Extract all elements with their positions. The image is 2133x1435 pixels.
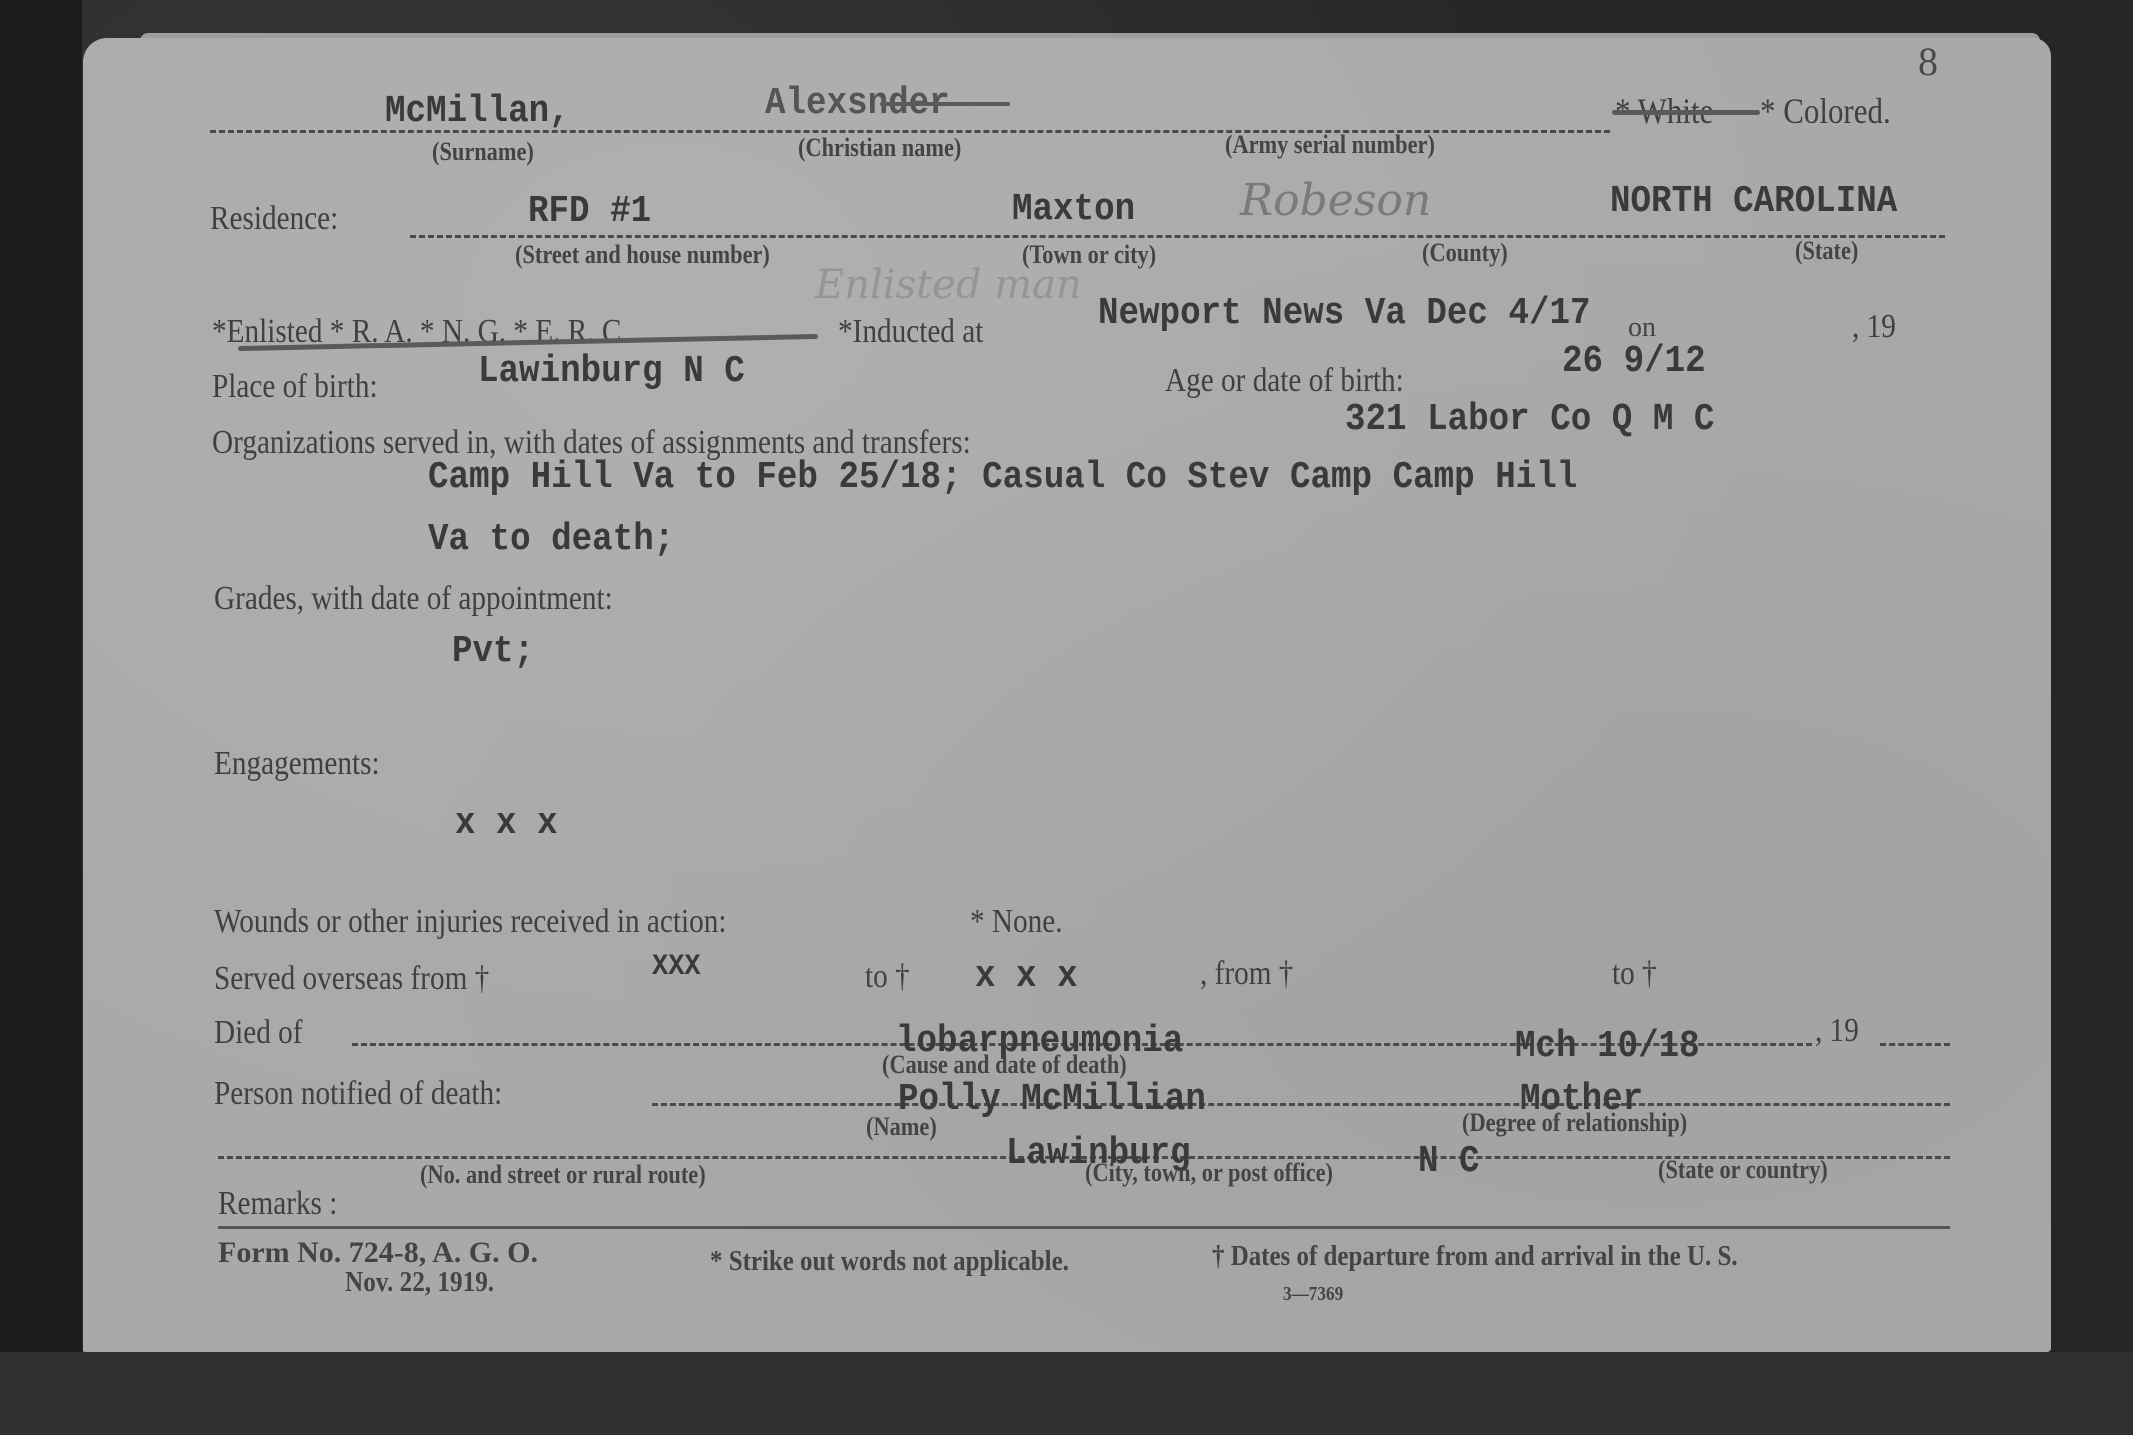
- inducted-place-date: Newport News Va Dec 4/17: [1098, 292, 1591, 335]
- overseas-from-value: XXX: [652, 950, 701, 984]
- state-country-caption: (State or country): [1658, 1155, 1828, 1185]
- place-of-birth-label: Place of birth:: [212, 368, 378, 406]
- notified-label: Person notified of death:: [214, 1075, 502, 1113]
- engagements-label: Engagements:: [214, 745, 380, 783]
- notified-line: [652, 1103, 1950, 1106]
- age-value: 26 9/12: [1562, 340, 1706, 383]
- overseas-to-value-1: x x x: [975, 955, 1078, 998]
- grades-value: Pvt;: [452, 630, 534, 673]
- surname-value: McMillan,: [385, 90, 570, 133]
- card-number: 8: [1918, 38, 1938, 85]
- relationship-caption: (Degree of relationship): [1462, 1108, 1687, 1138]
- residence-county: Robeson: [1240, 175, 1431, 226]
- christian-name-caption: (Christian name): [798, 133, 961, 163]
- street-route-caption: (No. and street or rural route): [420, 1160, 706, 1190]
- street-caption: (Street and house number): [515, 240, 770, 270]
- residence-town: Maxton: [1012, 188, 1135, 231]
- overseas-to-label-2: to †: [1612, 955, 1657, 993]
- dagger-note: † Dates of departure from and arrival in…: [1212, 1240, 1738, 1273]
- surname-caption: (Surname): [432, 137, 534, 167]
- print-code: 3—7369: [1283, 1283, 1343, 1306]
- form-date: Nov. 22, 1919.: [345, 1267, 494, 1299]
- form-number: Form No. 724-8, A. G. O.: [218, 1236, 538, 1270]
- organization-line-1: 321 Labor Co Q M C: [1345, 398, 1714, 441]
- race-white-strike: [1612, 110, 1760, 115]
- handwritten-enlisted-note: Enlisted man: [815, 262, 1082, 308]
- residence-line: [410, 235, 1945, 238]
- death-cause-caption: (Cause and date of death): [882, 1050, 1127, 1080]
- state-caption: (State): [1795, 236, 1858, 266]
- inducted-label: *Inducted at: [838, 313, 983, 351]
- overseas-from-label-2: , from †: [1200, 955, 1293, 993]
- inducted-year-label: , 19: [1852, 308, 1896, 346]
- notified-state: N C: [1418, 1140, 1480, 1183]
- county-caption: (County): [1422, 238, 1508, 268]
- residence-street: RFD #1: [528, 190, 651, 233]
- remarks-line: [218, 1226, 1950, 1229]
- death-year-label: , 19: [1815, 1012, 1859, 1050]
- wounds-label: Wounds or other injuries received in act…: [214, 903, 726, 941]
- serial-number-caption: (Army serial number): [1225, 130, 1435, 160]
- residence-label: Residence:: [210, 200, 338, 238]
- organization-line-2: Camp Hill Va to Feb 25/18; Casual Co Ste…: [428, 456, 1577, 499]
- age-label: Age or date of birth:: [1165, 362, 1404, 400]
- scanner-background-bottom: [0, 1352, 2133, 1435]
- died-of-label: Died of: [214, 1014, 303, 1052]
- organization-line-3: Va to death;: [428, 518, 674, 561]
- grades-label: Grades, with date of appointment:: [214, 580, 613, 618]
- overseas-from-label: Served overseas from †: [214, 960, 489, 998]
- strike-out-note: * Strike out words not applicable.: [710, 1245, 1069, 1278]
- residence-state: NORTH CAROLINA: [1610, 180, 1897, 223]
- notified-name-caption: (Name): [866, 1112, 937, 1142]
- scanner-background-left: [0, 0, 82, 1435]
- engagements-value: x x x: [455, 802, 558, 845]
- remarks-label: Remarks :: [218, 1185, 337, 1223]
- place-of-birth-value: Lawinburg N C: [478, 350, 745, 393]
- overseas-to-label-1: to †: [865, 958, 910, 996]
- city-caption: (City, town, or post office): [1085, 1158, 1333, 1188]
- death-date: Mch 10/18: [1515, 1025, 1700, 1068]
- notified-name: Polly McMillian: [898, 1078, 1206, 1121]
- wounds-value: * None.: [970, 903, 1063, 941]
- christian-name-strike: [880, 102, 1010, 106]
- death-year-line: [1880, 1043, 1950, 1046]
- race-colored: * Colored.: [1760, 90, 1891, 132]
